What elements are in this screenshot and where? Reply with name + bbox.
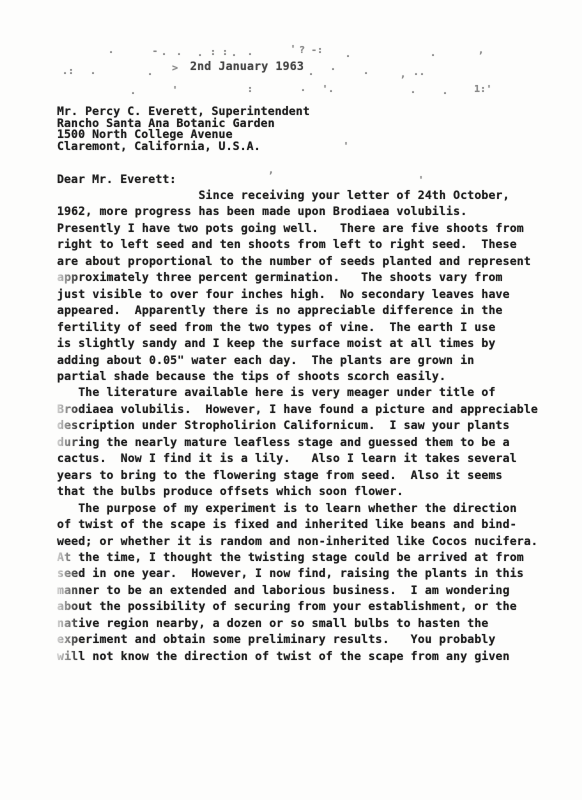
body-line: 1962, more progress has been made upon B… (57, 203, 557, 219)
scan-noise-speck: . (442, 86, 448, 97)
body-line: manner to be an extended and laborious b… (57, 582, 557, 598)
body-line: during the nearly mature leafless stage … (57, 434, 557, 450)
scan-noise-speck: . (430, 48, 436, 59)
address-line: Claremont, California, U.S.A. (57, 141, 310, 153)
scan-noise-speck: . (197, 48, 203, 59)
body-line: experiment and obtain some preliminary r… (57, 631, 557, 647)
body-line: cactus. Now I find it is a lily. Also I … (57, 450, 557, 466)
body-line: will not know the direction of twist of … (57, 648, 557, 664)
letter-body: Since receiving your letter of 24th Octo… (57, 187, 557, 664)
scan-noise-speck: .: (62, 66, 74, 77)
scan-noise-speck: - (152, 46, 158, 57)
scan-noise-speck: .. (413, 67, 425, 78)
body-line: is slightly sandy and I keep the surface… (57, 335, 557, 351)
recipient-address: Mr. Percy C. Everett, SuperintendentRanc… (57, 106, 310, 152)
scan-noise-speck: ? (299, 45, 305, 56)
scan-noise-speck: . (410, 85, 416, 96)
scan-noise-speck: . (176, 47, 182, 58)
letter-date: 2nd January 1963 (190, 59, 304, 73)
body-line: Presently I have two pots going well. Th… (57, 220, 557, 236)
scan-noise-speck: . (130, 86, 136, 97)
body-line: years to bring to the flowering stage fr… (57, 467, 557, 483)
scan-noise-speck: : (247, 84, 253, 95)
body-line: At the time, I thought the twisting stag… (57, 549, 557, 565)
scan-noise-speck: ' (418, 175, 424, 186)
body-line: right to left seed and ten shoots from l… (57, 236, 557, 252)
body-line: approximately three percent germination.… (57, 269, 557, 285)
scan-noise-speck: ' (290, 44, 296, 55)
scan-noise-speck: . (247, 47, 253, 58)
scan-noise-speck: , (400, 69, 406, 80)
scan-noise-speck: -: (311, 45, 323, 56)
body-line: adding about 0.05" water each day. The p… (57, 352, 557, 368)
scan-noise-speck: , (268, 165, 274, 176)
body-line: fertility of seed from the two types of … (57, 319, 557, 335)
body-line: description under Stropholirion Californ… (57, 417, 557, 433)
scan-noise-speck: . (161, 47, 167, 58)
scan-noise-speck: . (300, 83, 306, 94)
scan-noise-speck: 1:' (474, 84, 492, 95)
body-line: The literature available here is very me… (57, 384, 557, 400)
scan-noise-speck: . (308, 67, 314, 78)
body-line: weed; or whether it is random and non-in… (57, 533, 557, 549)
body-line: Since receiving your letter of 24th Octo… (57, 187, 557, 203)
scan-noise-speck: . (231, 48, 237, 59)
scan-noise-speck: ' (172, 85, 178, 96)
body-line: of twist of the scape is fixed and inher… (57, 516, 557, 532)
body-line: appeared. Apparently there is no appreci… (57, 302, 557, 318)
scanned-letter-page: 2nd January 1963 Mr. Percy C. Everett, S… (0, 0, 582, 800)
scan-noise-speck: . (330, 62, 336, 73)
scan-noise-speck: ' (343, 141, 349, 152)
body-line: partial shade because the tips of shoots… (57, 368, 557, 384)
scan-noise-speck: . (108, 45, 114, 56)
body-line: The purpose of my experiment is to learn… (57, 500, 557, 516)
body-line: about the possibility of securing from y… (57, 598, 557, 614)
scan-noise-speck: > (172, 63, 178, 74)
scan-noise-speck: . (147, 67, 153, 78)
scan-noise-speck: . (345, 49, 351, 60)
scan-noise-speck: : (210, 47, 216, 58)
scan-noise-speck: .. (352, 372, 364, 383)
scan-noise-speck: , (478, 45, 484, 56)
scan-noise-speck: : (222, 47, 228, 58)
scan-noise-speck: . (90, 66, 96, 77)
body-line: just visible to over four inches high. N… (57, 286, 557, 302)
scan-noise-speck: '. (322, 84, 334, 95)
body-line: seed in one year. However, I now find, r… (57, 565, 557, 581)
scan-noise-speck: . (363, 66, 369, 77)
body-line: native region nearby, a dozen or so smal… (57, 615, 557, 631)
body-line: that the bulbs produce offsets which soo… (57, 483, 557, 499)
body-line: are about proportional to the number of … (57, 253, 557, 269)
body-line: Brodiaea volubilis. However, I have foun… (57, 401, 557, 417)
salutation: Dear Mr. Everett: (57, 172, 176, 186)
